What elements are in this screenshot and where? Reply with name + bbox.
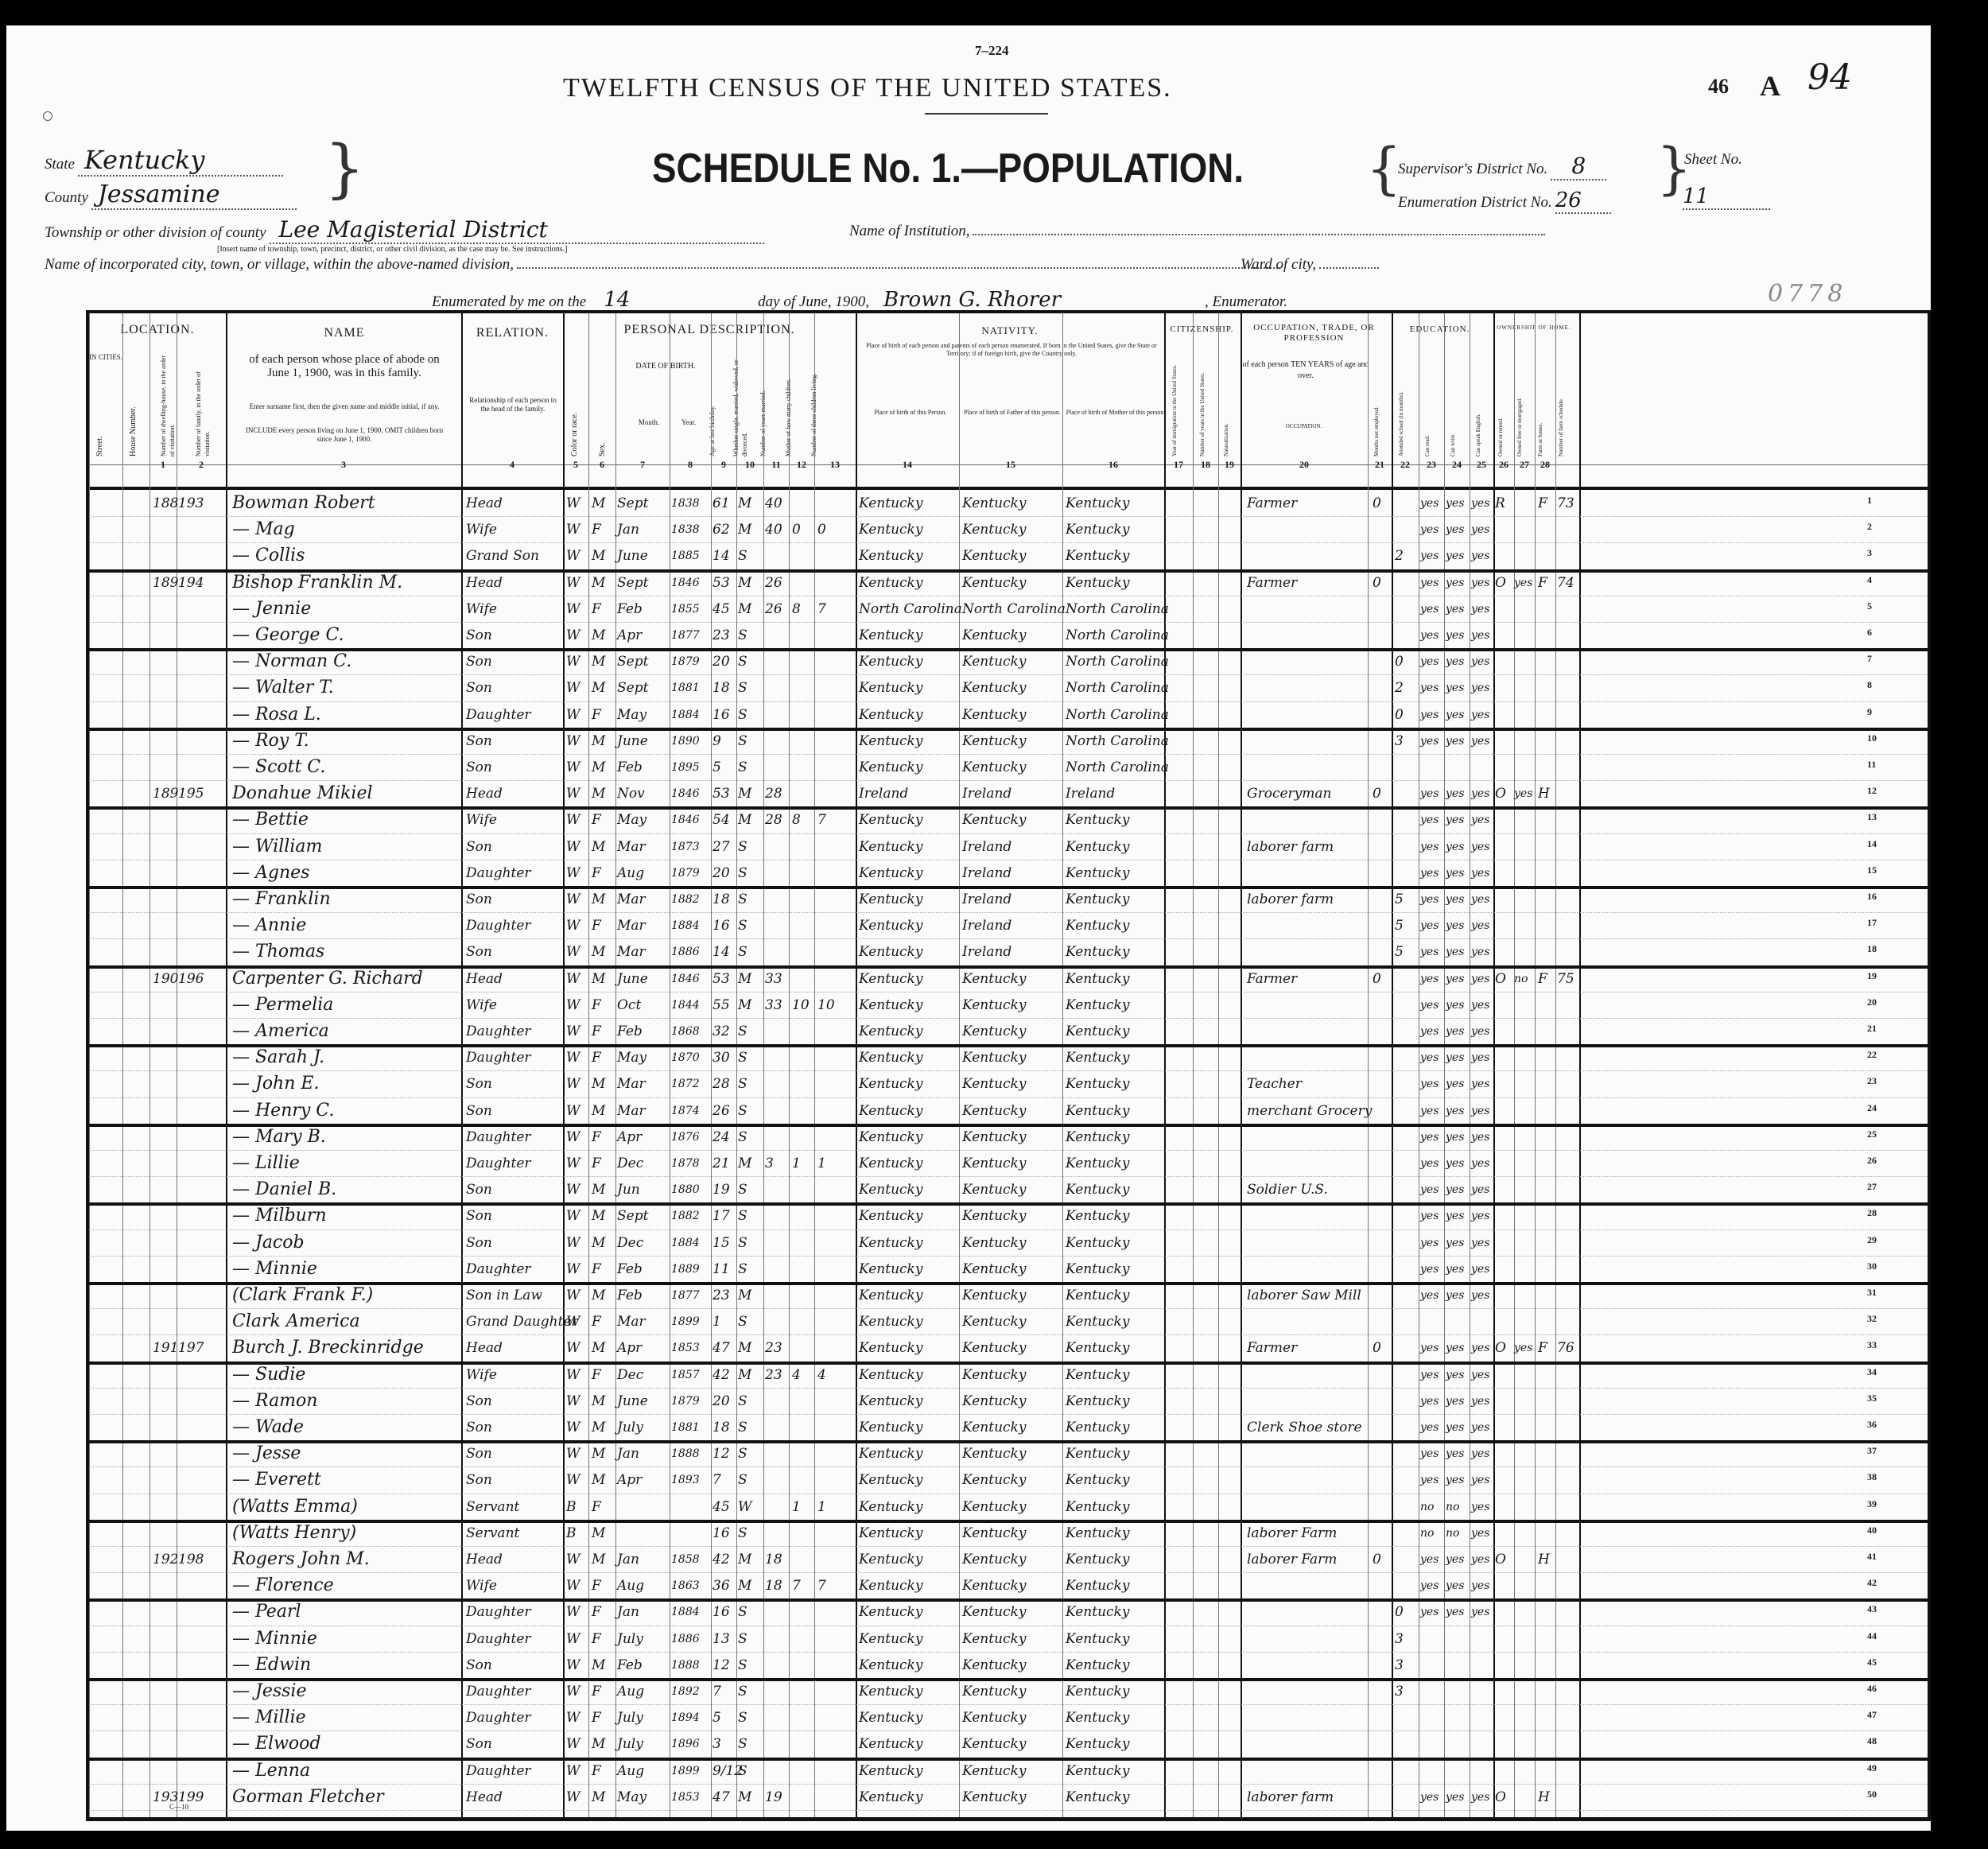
cell-color: W: [566, 623, 580, 647]
cell-name: — Daniel B.: [232, 1178, 336, 1202]
cell-sex: M: [592, 1072, 605, 1096]
cell-relation: Head: [466, 967, 503, 991]
cell-name: Bowman Robert: [232, 491, 375, 515]
cell-birth: Kentucky: [859, 808, 922, 832]
table-row: Clark AmericaGrand DaughterWFMar18991SKe…: [89, 1308, 1928, 1335]
cell-color: W: [566, 835, 580, 859]
county-field: County Jessamine: [45, 181, 297, 210]
table-row: — AnnieDaughterWFMar188416SKentuckyIrela…: [89, 912, 1928, 939]
cell-farm: H: [1538, 782, 1550, 806]
column-number: 17: [1164, 459, 1193, 471]
cell-mother: Ireland: [1066, 782, 1115, 806]
cell-name: — Minnie: [232, 1627, 317, 1651]
cell-color: W: [566, 597, 580, 621]
cell-marital: S: [738, 1020, 747, 1043]
cell-month: Apr: [617, 1468, 642, 1492]
cell-father: Kentucky: [962, 623, 1026, 647]
cell-mother: Kentucky: [1066, 835, 1129, 859]
line-number: 45: [1867, 1657, 1877, 1668]
cell-month: Jan: [617, 518, 639, 542]
cell-read: yes: [1420, 518, 1439, 542]
cell-relation: Son: [466, 1732, 492, 1756]
cell-month: Feb: [617, 1257, 643, 1281]
cell-color: W: [566, 967, 580, 991]
table-row: (Clark Frank F.)Son in LawWMFeb187723MKe…: [89, 1282, 1928, 1309]
line-number: 2: [1867, 521, 1872, 533]
cell-school: 0: [1395, 1600, 1404, 1624]
cell-yrs-married: 19: [765, 1785, 782, 1809]
cell-write: yes: [1446, 888, 1464, 911]
cell-year: 1876: [671, 1125, 700, 1149]
cell-school: 5: [1395, 940, 1404, 964]
cell-name: Rogers John M.: [232, 1548, 370, 1571]
cell-read: yes: [1420, 1284, 1439, 1307]
cell-father: Kentucky: [962, 756, 1026, 779]
city-value: [517, 267, 1280, 269]
cell-year: 1868: [671, 1020, 700, 1043]
cell-occupation: laborer Saw Mill: [1247, 1284, 1361, 1307]
cell-color: W: [566, 782, 580, 806]
cell-marital: S: [738, 1600, 747, 1624]
cell-owned: O: [1495, 1336, 1506, 1360]
cell-month: July: [617, 1706, 643, 1730]
cell-color: W: [566, 571, 580, 595]
cell-english: yes: [1471, 914, 1489, 938]
column-number: 16: [1062, 459, 1164, 471]
cell-living: 1: [817, 1152, 826, 1175]
heading-nativity-desc: Place of birth of each person and parent…: [860, 342, 1163, 358]
cell-birth: Kentucky: [859, 1178, 922, 1202]
heading-name-desc: of each person whose place of abode on J…: [240, 353, 448, 380]
cell-age: 28: [712, 1072, 730, 1096]
cell-english: yes: [1471, 1442, 1489, 1466]
cell-mother: Kentucky: [1066, 1521, 1129, 1545]
heading-date-of-birth: DATE OF BIRTH.: [630, 361, 701, 372]
cell-relation: Son: [466, 650, 492, 674]
cell-marital: M: [738, 1574, 751, 1598]
cell-write: yes: [1446, 940, 1464, 964]
cell-color: W: [566, 1785, 580, 1809]
cell-relation: Wife: [466, 1363, 497, 1387]
cell-marital: M: [738, 808, 751, 832]
cell-age: 20: [712, 861, 730, 885]
cell-farm: F: [1538, 1336, 1547, 1360]
table-row: — EverettSonWMApr18937SKentuckyKentuckyK…: [89, 1466, 1928, 1494]
cell-read: yes: [1420, 940, 1439, 964]
table-row: — LillieDaughterWFDec187821M311KentuckyK…: [89, 1150, 1928, 1177]
cell-name: — Edwin: [232, 1653, 311, 1677]
ward-field: Ward of city,: [1241, 256, 1379, 274]
cell-relation: Servant: [466, 1495, 519, 1519]
cell-age: 9: [712, 729, 721, 753]
cell-name: Donahue Mikiel: [232, 782, 373, 806]
cell-month: Apr: [617, 1125, 642, 1149]
cell-english: yes: [1471, 491, 1489, 515]
cell-color: W: [566, 1548, 580, 1571]
cell-birth: Kentucky: [859, 1495, 922, 1519]
heading-relation: RELATION.: [463, 326, 562, 340]
cell-month: Jan: [617, 1442, 639, 1466]
cell-mother: Kentucky: [1066, 1468, 1129, 1492]
cell-yrs-married: 26: [765, 597, 782, 621]
table-row: — BettieWifeWFMay184654M2887KentuckyKent…: [89, 806, 1928, 833]
cell-english: yes: [1471, 940, 1489, 964]
heading-owned-rented: Owned or rented.: [1497, 369, 1505, 456]
cell-schedule: 75: [1557, 967, 1574, 991]
cell-relation: Son: [466, 1416, 492, 1439]
cell-birth: Kentucky: [859, 1521, 922, 1545]
cell-age: 32: [712, 1020, 730, 1043]
cell-read: yes: [1420, 1072, 1439, 1096]
cell-name: (Watts Emma): [232, 1495, 358, 1519]
cell-age: 45: [712, 1495, 730, 1519]
cell-age: 19: [712, 1178, 730, 1202]
cell-relation: Son: [466, 1653, 492, 1677]
cell-year: 1844: [671, 993, 700, 1017]
cell-age: 11: [712, 1257, 730, 1281]
heading-name-instr1: Enter surname first, then the given name…: [240, 402, 448, 411]
cell-month: Mar: [617, 1099, 646, 1123]
cell-write: yes: [1446, 623, 1464, 647]
institution-value: [973, 234, 1545, 235]
cell-marital: S: [738, 1178, 747, 1202]
cell-marital: S: [738, 703, 747, 727]
cell-name: — Thomas: [232, 940, 324, 964]
cell-year: 1878: [671, 1152, 700, 1175]
cell-write: yes: [1446, 1072, 1464, 1096]
cell-write: yes: [1446, 1125, 1464, 1149]
cell-sex: M: [592, 967, 605, 991]
cell-color: W: [566, 1363, 580, 1387]
cell-relation: Son: [466, 1178, 492, 1202]
cell-sex: F: [592, 1152, 601, 1175]
cell-sex: M: [592, 782, 605, 806]
line-number: 23: [1867, 1075, 1877, 1087]
cell-schedule: 73: [1557, 491, 1574, 515]
cell-english: yes: [1471, 597, 1489, 621]
cell-birth: Kentucky: [859, 518, 922, 542]
institution-field: Name of Institution,: [849, 223, 1545, 240]
cell-occupation: Farmer: [1247, 491, 1297, 515]
cell-month: June: [617, 729, 648, 753]
line-number: 14: [1867, 838, 1877, 850]
cell-color: W: [566, 1152, 580, 1175]
cell-read: yes: [1420, 967, 1439, 991]
cell-relation: Son: [466, 1442, 492, 1466]
cell-year: 1880: [671, 1178, 700, 1202]
cell-birth: Kentucky: [859, 1257, 922, 1281]
cell-read: yes: [1420, 1336, 1439, 1360]
line-number: 6: [1867, 627, 1872, 639]
cell-sex: F: [592, 1680, 601, 1703]
cell-year: 1886: [671, 1627, 700, 1651]
cell-marital: W: [738, 1495, 751, 1519]
column-number: 22: [1392, 459, 1419, 471]
heading-years-in-us: Number of years in the United States.: [1198, 353, 1207, 456]
cell-month: May: [617, 808, 646, 832]
cell-english: yes: [1471, 1099, 1489, 1123]
cell-relation: Daughter: [466, 1125, 531, 1149]
cell-relation: Daughter: [466, 1600, 531, 1624]
column-number: 5: [563, 459, 588, 471]
schedule-title: SCHEDULE No. 1.—POPULATION.: [652, 145, 1244, 192]
census-title: TWELFTH CENSUS OF THE UNITED STATES.: [563, 73, 1172, 103]
cell-month: Mar: [617, 940, 646, 964]
cell-farm: F: [1538, 967, 1547, 991]
cell-read: no: [1420, 1521, 1434, 1545]
cell-birth: Kentucky: [859, 544, 922, 568]
column-number: 1: [149, 459, 177, 471]
cell-sex: F: [592, 597, 601, 621]
line-number: 20: [1867, 996, 1877, 1008]
cell-month: Aug: [617, 1759, 644, 1783]
column-number: 20: [1241, 459, 1368, 471]
cell-write: yes: [1446, 1389, 1464, 1413]
cell-mother: North Carolina: [1066, 623, 1169, 647]
cell-month: June: [617, 967, 648, 991]
cell-yrs-married: 33: [765, 993, 782, 1017]
cell-sex: M: [592, 650, 605, 674]
column-number: 7: [615, 459, 670, 471]
cell-sex: M: [592, 1231, 605, 1255]
table-row: 189195Donahue MikielHeadWMNov184653M28Ir…: [89, 780, 1928, 810]
cell-father: Kentucky: [962, 993, 1026, 1017]
cell-year: 1863: [671, 1574, 700, 1598]
line-number: 15: [1867, 864, 1877, 876]
heading-can-read: Can read.: [1423, 401, 1432, 456]
cell-marital: S: [738, 544, 747, 568]
cell-english: yes: [1471, 861, 1489, 885]
cell-yrs-married: 18: [765, 1574, 782, 1598]
cell-year: 1899: [671, 1310, 700, 1334]
cell-relation: Daughter: [466, 1759, 531, 1783]
cell-mother: North Carolina: [1066, 703, 1169, 727]
cell-occupation: laborer farm: [1247, 888, 1334, 911]
table-row: (Watts Henry)ServantBM16SKentuckyKentuck…: [89, 1520, 1928, 1547]
punch-hole-mark: [43, 111, 52, 121]
cell-year: 1884: [671, 703, 700, 727]
cell-marital: S: [738, 1257, 747, 1281]
cell-marital: S: [738, 623, 747, 647]
cell-sex: M: [592, 756, 605, 779]
cell-english: yes: [1471, 1231, 1489, 1255]
cell-marital: M: [738, 597, 751, 621]
cell-relation: Son: [466, 1072, 492, 1096]
cell-birth: Kentucky: [859, 1680, 922, 1703]
line-number: 8: [1867, 679, 1872, 691]
cell-name: — George C.: [232, 623, 344, 647]
cell-sex: F: [592, 1020, 601, 1043]
cell-birth: Kentucky: [859, 888, 922, 911]
cell-color: W: [566, 1759, 580, 1783]
cell-birth: Kentucky: [859, 1046, 922, 1070]
heading-ownership: OWNERSHIP OF HOME.: [1490, 324, 1578, 331]
cell-occupation: Farmer: [1247, 1336, 1297, 1360]
cell-living: 0: [817, 518, 826, 542]
cell-father: Kentucky: [962, 703, 1026, 727]
line-number: 29: [1867, 1234, 1877, 1246]
cell-read: yes: [1420, 676, 1439, 700]
column-number: 9: [711, 459, 736, 471]
cell-farm: F: [1538, 491, 1547, 515]
heading-age: Age at last birthday.: [708, 361, 716, 456]
cell-occupation: Groceryman: [1247, 782, 1331, 806]
cell-year: 1855: [671, 597, 700, 621]
county-value: Jessamine: [91, 181, 297, 210]
cell-month: Aug: [617, 1680, 644, 1703]
supervisor-district-field: Supervisor's District No. 8: [1398, 153, 1606, 181]
cell-year: 1895: [671, 756, 700, 779]
cell-relation: Wife: [466, 808, 497, 832]
cell-mother: Kentucky: [1066, 1759, 1129, 1783]
heading-birth-person: Place of birth of this Person.: [860, 409, 961, 417]
cell-owned: O: [1495, 571, 1506, 595]
cell-relation: Head: [466, 1785, 503, 1809]
cell-marital: S: [738, 1759, 747, 1783]
cell-birth: Kentucky: [859, 491, 922, 515]
cell-color: W: [566, 1099, 580, 1123]
cell-age: 27: [712, 835, 730, 859]
cell-color: W: [566, 491, 580, 515]
cell-english: yes: [1471, 571, 1489, 595]
heading-street: Street.: [95, 401, 104, 456]
cell-relation: Daughter: [466, 861, 531, 885]
institution-label: Name of Institution,: [849, 223, 969, 239]
cell-birth: Kentucky: [859, 993, 922, 1017]
cell-color: W: [566, 1072, 580, 1096]
cell-name: — Bettie: [232, 808, 309, 832]
cell-sex: M: [592, 1204, 605, 1228]
cell-name: (Watts Henry): [232, 1521, 356, 1545]
cell-month: Sept: [617, 1204, 648, 1228]
table-row: — WilliamSonWMMar187327SKentuckyIrelandK…: [89, 833, 1928, 860]
cell-name: — Florence: [232, 1574, 334, 1598]
cell-relation: Servant: [466, 1521, 519, 1545]
cell-father: Kentucky: [962, 1680, 1026, 1703]
cell-english: yes: [1471, 1125, 1489, 1149]
cell-age: 61: [712, 491, 730, 515]
cell-relation: Daughter: [466, 1152, 531, 1175]
cell-marital: S: [738, 914, 747, 938]
heading-occupation-title: OCCUPATION, TRADE, OR PROFESSION: [1241, 323, 1388, 344]
cell-month: Aug: [617, 861, 644, 885]
table-row: — PermeliaWifeWFOct184455M331010Kentucky…: [89, 992, 1928, 1019]
cell-english: yes: [1471, 1204, 1489, 1228]
line-number: 25: [1867, 1128, 1877, 1140]
table-row: 193199Gorman FletcherHeadWMMay185347M19K…: [89, 1784, 1928, 1811]
cell-occupation: laborer Farm: [1247, 1521, 1337, 1545]
cell-marital: S: [738, 1653, 747, 1677]
cell-family: 194: [178, 571, 204, 595]
line-number: 37: [1867, 1445, 1877, 1457]
cell-marital: S: [738, 1416, 747, 1439]
cell-father: Kentucky: [962, 729, 1026, 753]
cell-read: yes: [1420, 1257, 1439, 1281]
cell-english: yes: [1471, 782, 1489, 806]
township-note: [Insert name of township, town, precinct…: [217, 245, 567, 254]
state-county-brace: }: [324, 137, 365, 200]
cell-month: Feb: [617, 756, 643, 779]
heading-color: Color or race.: [570, 401, 579, 456]
cell-read: yes: [1420, 1785, 1439, 1809]
cell-father: Kentucky: [962, 544, 1026, 568]
table-row: 188193Bowman RobertHeadWMSept183861M40Ke…: [89, 490, 1928, 517]
cell-dwelling: 189: [153, 782, 178, 806]
cell-birth: Ireland: [859, 782, 908, 806]
cell-relation: Son: [466, 1468, 492, 1492]
title-ornament-rule: [925, 113, 1048, 115]
cell-owned: O: [1495, 967, 1506, 991]
table-row: — AmericaDaughterWFFeb186832SKentuckyKen…: [89, 1018, 1928, 1047]
cell-name: (Clark Frank F.): [232, 1284, 373, 1307]
cell-relation: Head: [466, 491, 503, 515]
cell-age: 12: [712, 1653, 730, 1677]
cell-father: Kentucky: [962, 1284, 1026, 1307]
cell-marital: S: [738, 756, 747, 779]
cell-write: yes: [1446, 1600, 1464, 1624]
cell-marital: S: [738, 940, 747, 964]
cell-relation: Grand Daughter: [466, 1310, 578, 1334]
cell-school: 2: [1395, 544, 1404, 568]
cell-owned: R: [1495, 491, 1505, 515]
cell-read: yes: [1420, 1416, 1439, 1439]
table-row: — MinnieDaughterWFJuly188613SKentuckyKen…: [89, 1626, 1928, 1653]
cell-color: W: [566, 1310, 580, 1334]
cell-marital: S: [738, 1099, 747, 1123]
page-handwritten-number: 94: [1807, 57, 1852, 98]
cell-mother: Kentucky: [1066, 940, 1129, 964]
line-number: 39: [1867, 1498, 1877, 1510]
cell-birth: Kentucky: [859, 1706, 922, 1730]
cell-school: 5: [1395, 888, 1404, 911]
cell-marital: M: [738, 518, 751, 542]
cell-father: Kentucky: [962, 1600, 1026, 1624]
cell-relation: Son: [466, 1204, 492, 1228]
cell-name: — Milburn: [232, 1204, 327, 1228]
heading-citizenship: CITIZENSHIP.: [1164, 324, 1240, 334]
cell-unemployed: 0: [1373, 1548, 1381, 1571]
cell-age: 45: [712, 597, 730, 621]
cell-year: 1894: [671, 1706, 700, 1730]
cell-mother: North Carolina: [1066, 650, 1169, 674]
cell-father: Kentucky: [962, 1785, 1026, 1809]
heading-occupation-desc: of each person TEN YEARS of age and over…: [1242, 359, 1369, 382]
cell-age: 26: [712, 1099, 730, 1123]
heading-in-cities: IN CITIES.: [89, 352, 122, 363]
line-number: 44: [1867, 1630, 1877, 1642]
cell-yrs-married: 23: [765, 1363, 782, 1387]
cell-english: yes: [1471, 1468, 1489, 1492]
cell-month: Jun: [617, 1178, 640, 1202]
cell-age: 16: [712, 1600, 730, 1624]
cell-english: yes: [1471, 1284, 1489, 1307]
cell-marital: M: [738, 782, 751, 806]
cell-english: yes: [1471, 1495, 1489, 1519]
line-number: 36: [1867, 1419, 1877, 1431]
cell-read: yes: [1420, 914, 1439, 938]
cell-mother-of: 1: [792, 1495, 801, 1519]
cell-color: W: [566, 1125, 580, 1149]
cell-month: July: [617, 1732, 643, 1756]
cell-english: yes: [1471, 676, 1489, 700]
cell-name: — Millie: [232, 1706, 306, 1730]
line-number: 11: [1867, 759, 1876, 771]
cell-name: Gorman Fletcher: [232, 1785, 384, 1809]
cell-english: yes: [1471, 1072, 1489, 1096]
table-row: — MilburnSonWMSept188217SKentuckyKentuck…: [89, 1202, 1928, 1229]
cell-birth: Kentucky: [859, 1072, 922, 1096]
table-row: — JesseSonWMJan188812SKentuckyKentuckyKe…: [89, 1440, 1928, 1467]
